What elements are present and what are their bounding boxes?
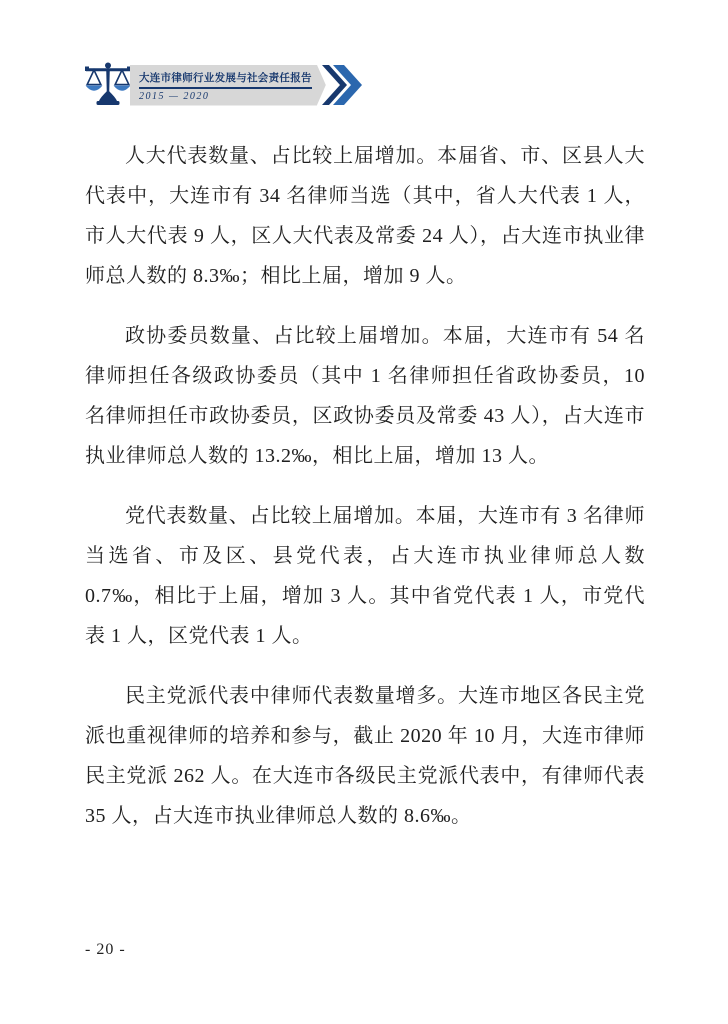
report-title: 大连市律师行业发展与社会责任报告 (139, 70, 312, 89)
scales-of-justice-icon (84, 60, 132, 110)
body-paragraph: 人大代表数量、占比较上届增加。本届省、市、区县人大代表中，大连市有 34 名律师… (85, 136, 645, 296)
page-number: - 20 - (85, 941, 126, 959)
page-body: 人大代表数量、占比较上届增加。本届省、市、区县人大代表中，大连市有 34 名律师… (85, 136, 645, 856)
header-banner: 大连市律师行业发展与社会责任报告 2015 — 2020 (130, 65, 326, 106)
report-header: 大连市律师行业发展与社会责任报告 2015 — 2020 (84, 60, 362, 110)
report-years: 2015 — 2020 (139, 91, 312, 102)
report-page: 大连市律师行业发展与社会责任报告 2015 — 2020 人大代表数量、占比较上… (0, 0, 728, 1024)
double-chevron-right-icon (322, 64, 362, 106)
body-paragraph: 民主党派代表中律师代表数量增多。大连市地区各民主党派也重视律师的培养和参与，截止… (85, 676, 645, 836)
body-paragraph: 党代表数量、占比较上届增加。本届，大连市有 3 名律师当选省、市及区、县党代表，… (85, 496, 645, 656)
body-paragraph: 政协委员数量、占比较上届增加。本届，大连市有 54 名律师担任各级政协委员（其中… (85, 316, 645, 476)
